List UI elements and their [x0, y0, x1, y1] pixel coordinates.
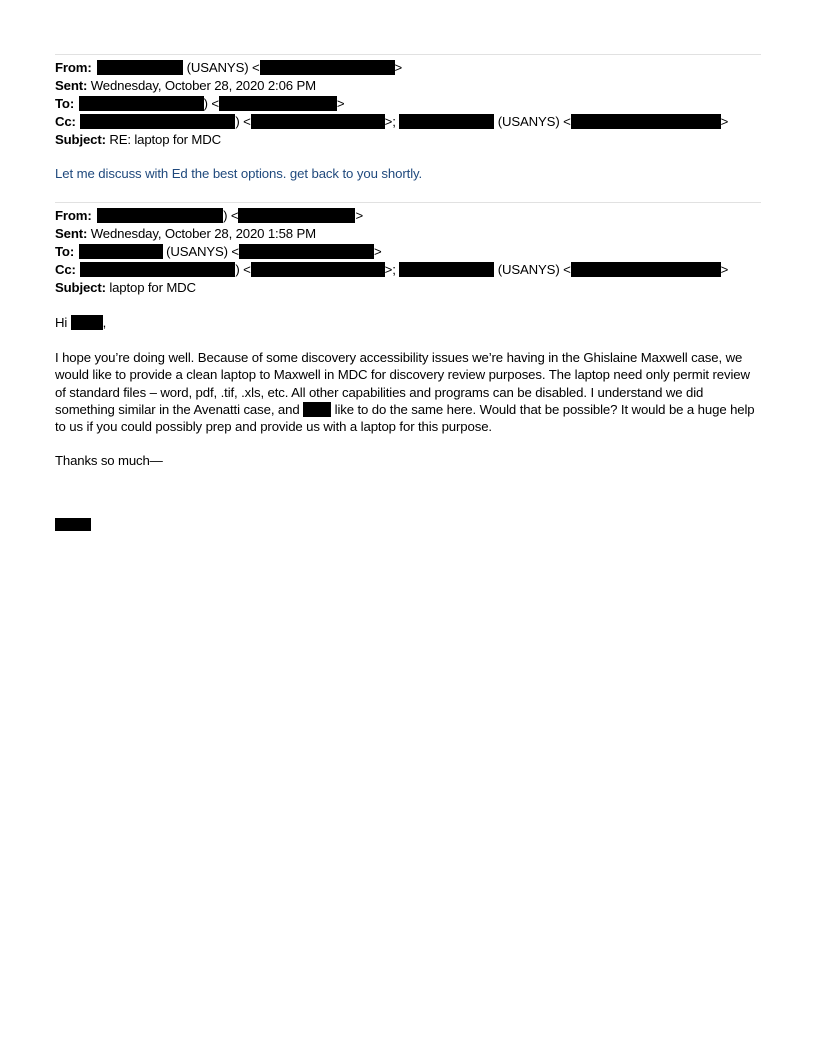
cc-label: Cc:: [55, 114, 76, 129]
to-line: To: (USANYS) <>: [55, 243, 761, 261]
greeting-text: Hi: [55, 315, 71, 330]
from-sep: ) <: [223, 208, 238, 223]
cc-close: >: [721, 114, 729, 129]
sent-line: Sent: Wednesday, October 28, 2020 1:58 P…: [55, 225, 761, 243]
separator-line: [55, 54, 761, 55]
redaction-block: [399, 262, 494, 277]
from-close: >: [355, 208, 363, 223]
to-close: >: [374, 244, 382, 259]
from-org: (USANYS) <: [183, 60, 259, 75]
redaction-block: [571, 114, 721, 129]
redaction-block: [79, 244, 163, 259]
cc-delimiter: >;: [385, 114, 400, 129]
to-sep: ) <: [204, 96, 219, 111]
body-paragraph: I hope you’re doing well. Because of som…: [55, 349, 761, 435]
cc-sep: ) <: [235, 114, 250, 129]
redaction-block: [97, 60, 183, 75]
redaction-block: [80, 114, 235, 129]
redaction-block: [260, 60, 395, 75]
cc-close: >: [721, 262, 729, 277]
from-close: >: [395, 60, 403, 75]
email-header-reply: From: (USANYS) <> Sent: Wednesday, Octob…: [55, 59, 761, 149]
cc-sep: ) <: [235, 262, 250, 277]
subject-value: laptop for MDC: [106, 280, 196, 295]
from-line: From: ) <>: [55, 207, 761, 225]
redaction-block: [80, 262, 235, 277]
redaction-block: [251, 114, 385, 129]
subject-line: Subject: laptop for MDC: [55, 279, 761, 297]
to-line: To: ) <>: [55, 95, 761, 113]
separator-line: [55, 202, 761, 203]
redaction-block: [79, 96, 204, 111]
redaction-block: [219, 96, 337, 111]
redaction-block: [239, 244, 374, 259]
cc-org: (USANYS) <: [494, 262, 570, 277]
redaction-block: [238, 208, 355, 223]
redaction-block: [251, 262, 385, 277]
subject-label: Subject:: [55, 132, 106, 147]
sent-line: Sent: Wednesday, October 28, 2020 2:06 P…: [55, 77, 761, 95]
email-thread: From: (USANYS) <> Sent: Wednesday, Octob…: [55, 54, 761, 531]
redaction-block: [571, 262, 721, 277]
to-close: >: [337, 96, 345, 111]
redaction-block: [303, 402, 331, 417]
email-header-original: From: ) <> Sent: Wednesday, October 28, …: [55, 207, 761, 297]
reply-body: Let me discuss with Ed the best options.…: [55, 165, 761, 183]
sent-label: Sent:: [55, 226, 87, 241]
greeting: Hi ,: [55, 314, 761, 332]
to-label: To:: [55, 96, 74, 111]
subject-label: Subject:: [55, 280, 106, 295]
cc-label: Cc:: [55, 262, 76, 277]
to-org: (USANYS) <: [163, 244, 239, 259]
closing: Thanks so much—: [55, 452, 761, 470]
greeting-comma: ,: [103, 315, 107, 330]
subject-value: RE: laptop for MDC: [106, 132, 221, 147]
signature: [55, 516, 761, 531]
cc-delimiter: >;: [385, 262, 400, 277]
redaction-block: [71, 315, 103, 330]
from-label: From:: [55, 60, 92, 75]
to-label: To:: [55, 244, 74, 259]
from-line: From: (USANYS) <>: [55, 59, 761, 77]
sent-value: Wednesday, October 28, 2020 2:06 PM: [87, 78, 316, 93]
redaction-block: [97, 208, 223, 223]
redaction-block: [399, 114, 494, 129]
cc-line: Cc: ) <>; (USANYS) <>: [55, 261, 761, 279]
subject-line: Subject: RE: laptop for MDC: [55, 131, 761, 149]
redaction-block: [55, 518, 91, 531]
cc-org: (USANYS) <: [494, 114, 570, 129]
cc-line: Cc: ) <>; (USANYS) <>: [55, 113, 761, 131]
sent-label: Sent:: [55, 78, 87, 93]
from-label: From:: [55, 208, 92, 223]
sent-value: Wednesday, October 28, 2020 1:58 PM: [87, 226, 316, 241]
